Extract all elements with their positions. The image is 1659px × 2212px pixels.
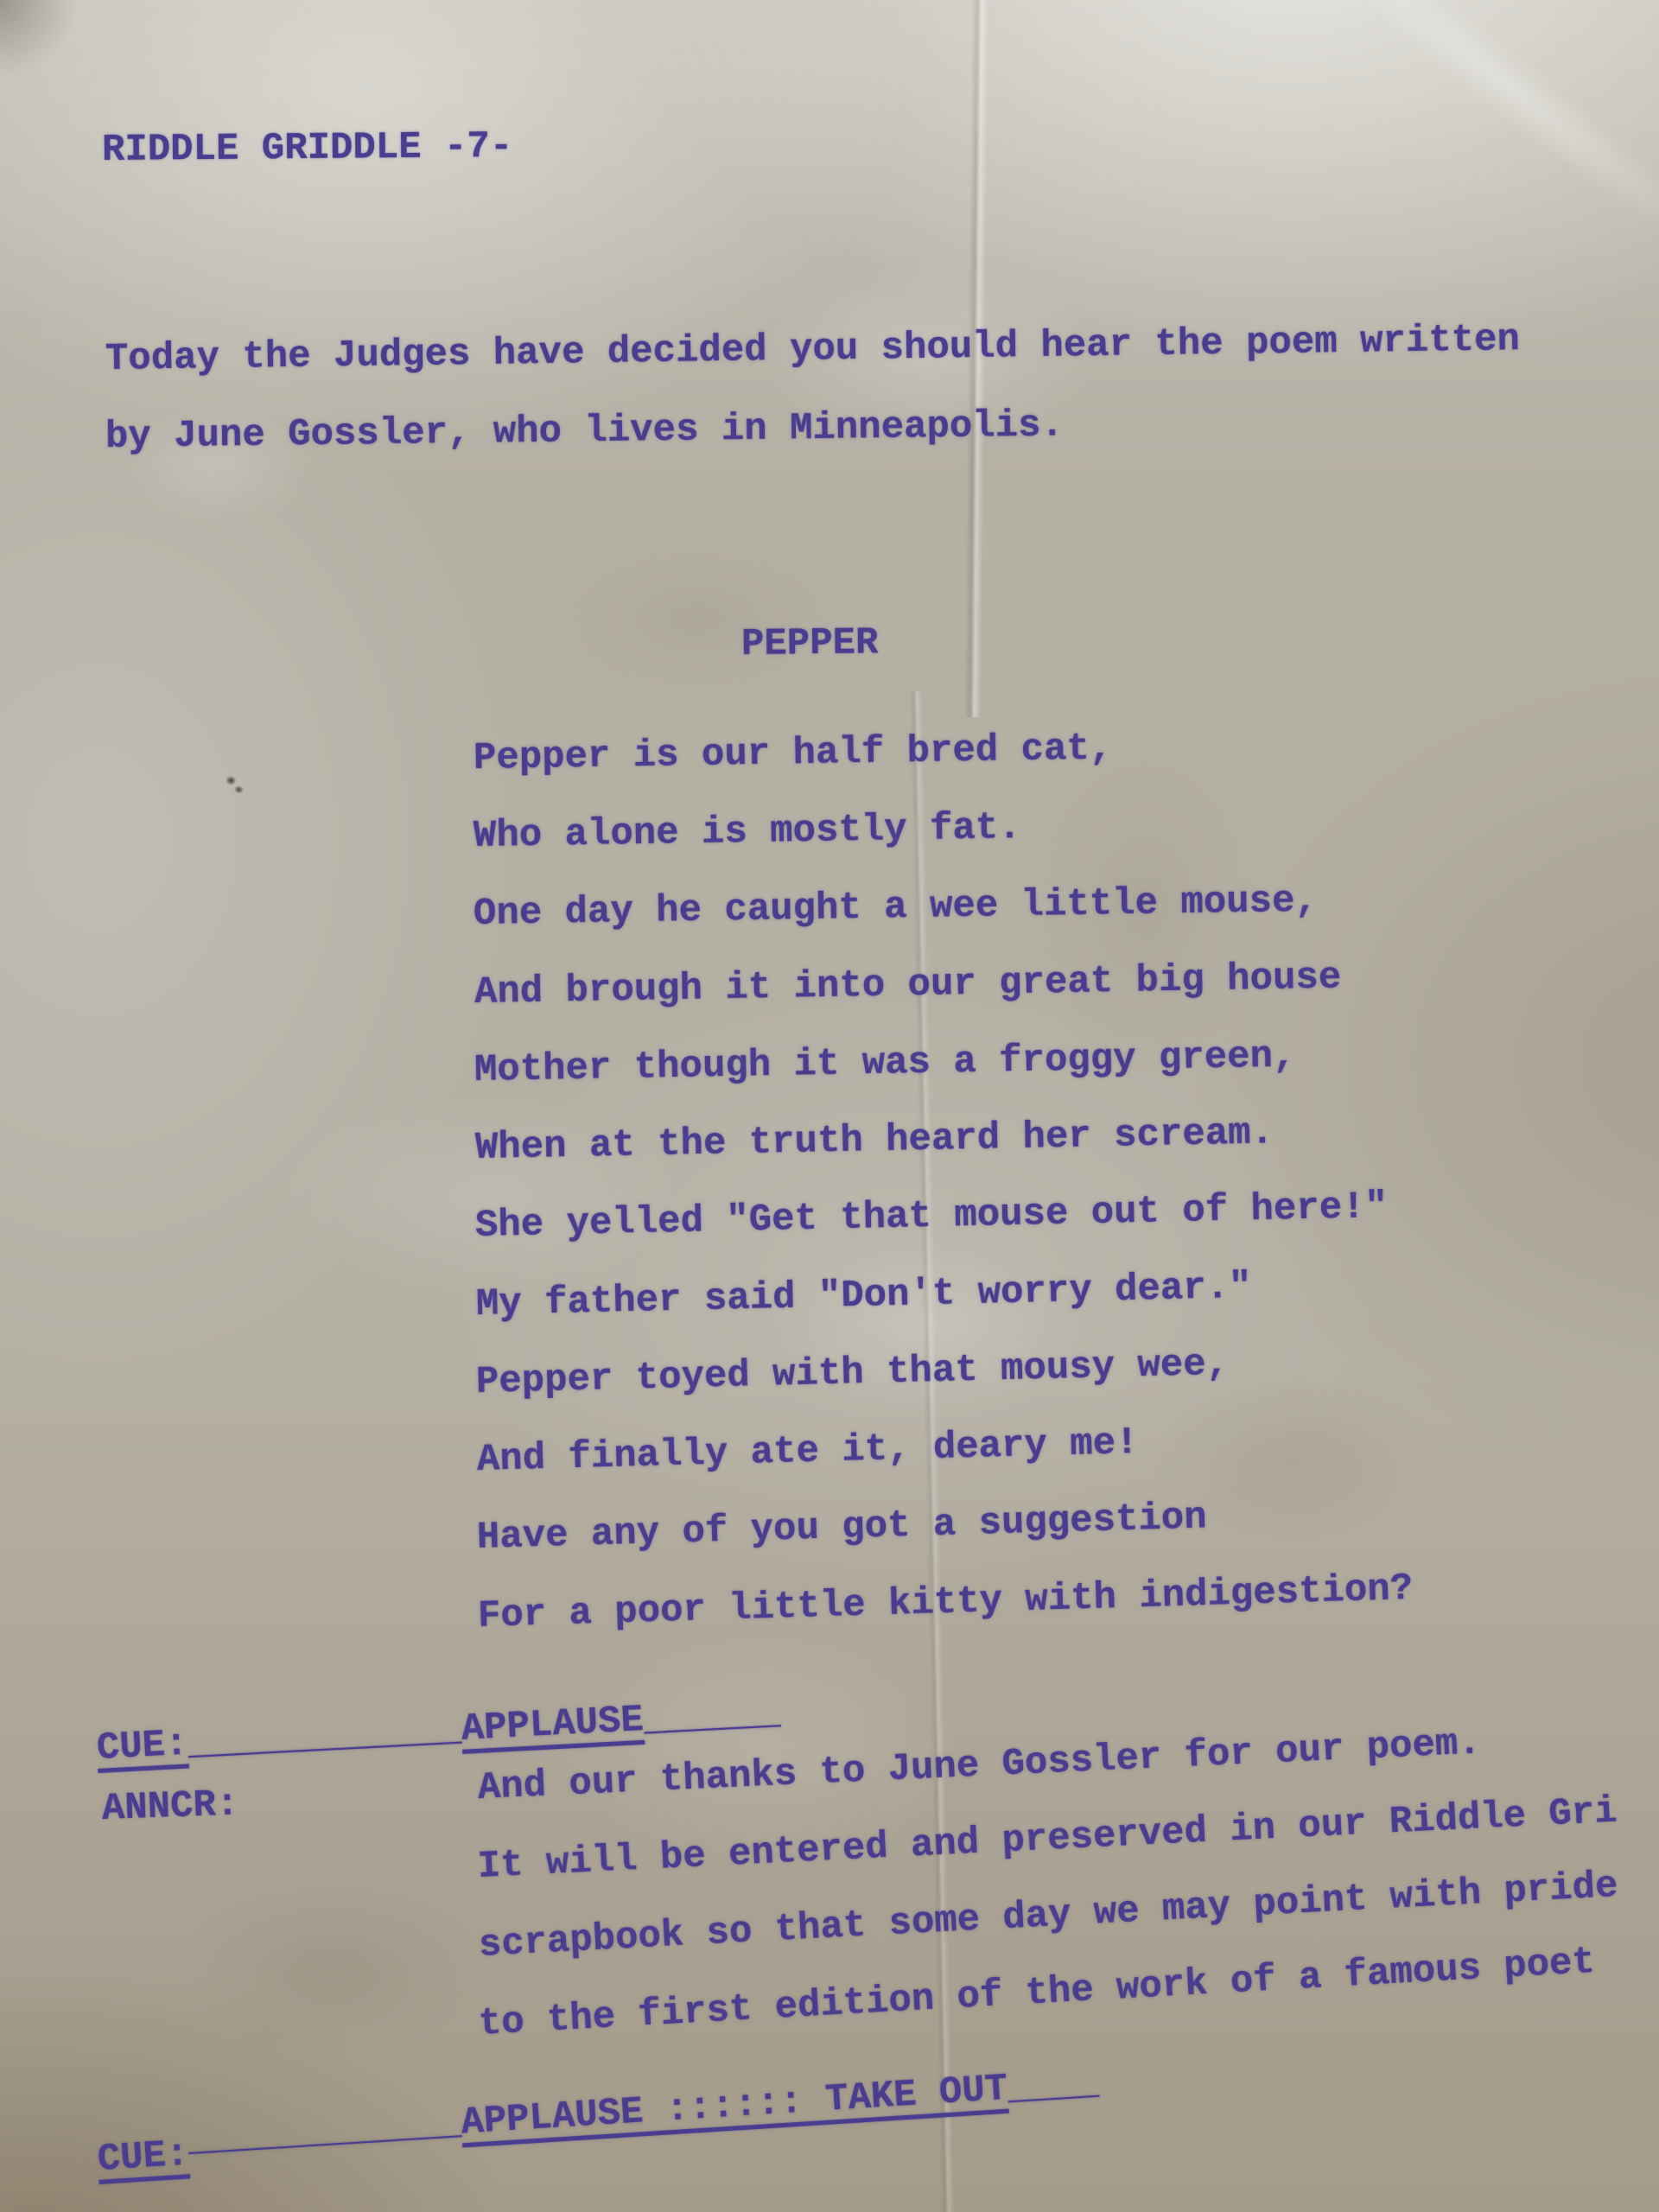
poem-line: Have any of you got a suggestion [476,1493,1207,1562]
ink-smudge-mark [221,772,249,797]
cue-underscore-fill: ____________ [187,1708,462,1766]
poem-line: Pepper toyed with that mousy wee, [475,1340,1229,1407]
poem-line: When at the truth heard her scream. [474,1109,1274,1173]
poem-line: Pepper is our half bred cat, [474,724,1113,783]
fold-highlight [1274,0,1659,270]
cue-label: CUE: [96,2130,190,2184]
announcer-label: ANNCR: [101,1780,239,1833]
cue-underscore-fill: ____ [1007,2062,1101,2111]
intro-line-2: by June Gossler, who lives in Minneapoli… [105,401,1065,461]
intro-line-1: Today the Judges have decided you should… [105,315,1521,384]
poem-line: And finally ate it, deary me! [476,1419,1139,1484]
poem-title: PEPPER [741,619,879,669]
cue-underscore-fill: ____________ [187,2102,462,2163]
poem-line: And brough it into our great big house [474,953,1342,1017]
cue-applause-takeout-text: APPLAUSE :::::: TAKE OUT [460,2068,1009,2145]
poem-line: Who alone is mostly fat. [474,804,1022,861]
poem-line: She yelled "Get that mouse out of here!" [474,1183,1388,1250]
cue-line-2: CUE:____________APPLAUSE :::::: TAKE OUT… [95,2059,1100,2171]
document-photo: RIDDLE GRIDDLE -7- Today the Judges have… [0,0,1659,2212]
poem-line: For a poor little kitty with indigestion… [477,1565,1414,1641]
cue-underscore-fill: ______ [643,1692,782,1742]
poem-line: Mother though it was a froggy green, [474,1032,1296,1095]
cue-applause-text: APPLAUSE [461,1699,645,1751]
poem-line: My father said "Don't worry dear." [475,1263,1252,1329]
cue-label: CUE: [96,1723,189,1770]
script-title: RIDDLE GRIDDLE -7- [102,123,513,175]
poem-line: One day he caught a wee little mouse, [474,877,1319,938]
